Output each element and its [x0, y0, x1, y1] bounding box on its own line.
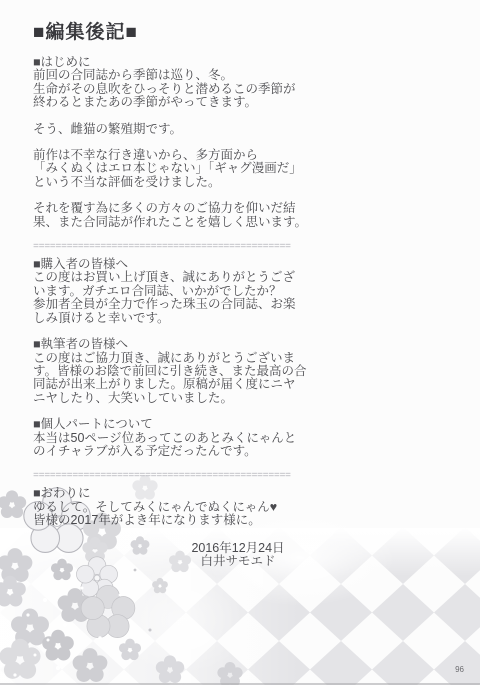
- section-heading: ■執筆者の皆様へ: [33, 338, 343, 351]
- text-line: 参加者全員が全力で作った珠玉の合同誌、お楽: [33, 298, 343, 311]
- paragraph: 前作は不幸な行き違いから、多方面から 「みくぬくはエロ本じゃない」「ギャグ漫画だ…: [33, 149, 343, 189]
- text-line: 果、また合同誌が作れたことを嬉しく思います。: [33, 216, 343, 229]
- section-writers: ■執筆者の皆様へ この度はご協力頂き、誠にありがとうございま す。皆様のお陰で前…: [33, 338, 343, 405]
- page-number: 96: [455, 666, 464, 674]
- section-hajimeni: ■はじめに 前回の合同誌から季節は巡り、冬。 生命がその息吹をひっそりと潜めるこ…: [33, 56, 343, 110]
- text-line: ニヤしたり、大笑いしていました。: [33, 392, 343, 405]
- signature-date: 2016年12月24日: [158, 542, 318, 555]
- text-line: この度はお買い上げ頂き、誠にありがとうござ: [33, 271, 343, 284]
- text-line: しみ頂けると幸いです。: [33, 312, 343, 325]
- afterword-page: ■編集後記■ ■はじめに 前回の合同誌から季節は巡り、冬。 生命がその息吹をひっ…: [33, 22, 343, 568]
- text-line: 前回の合同誌から季節は巡り、冬。: [33, 69, 343, 82]
- section-heading: ■個人パートについて: [33, 418, 343, 431]
- text-line: という不当な評価を受けました。: [33, 176, 343, 189]
- text-line: この度はご協力頂き、誠にありがとうございま: [33, 352, 343, 365]
- divider: ========================================…: [33, 242, 293, 254]
- signature-block: 2016年12月24日 白井サモエド: [158, 542, 318, 569]
- page-title: ■編集後記■: [33, 22, 343, 44]
- text-line: 「みくぬくはエロ本じゃない」「ギャグ漫画だ」: [33, 162, 343, 175]
- section-heading: ■おわりに: [33, 487, 343, 500]
- paragraph: それを覆す為に多くの方々のご協力を仰いだ結 果、また合同誌が作れたことを嬉しく思…: [33, 202, 343, 229]
- text-line: のイチャラブが入る予定だったんです。: [33, 445, 343, 458]
- text-line: それを覆す為に多くの方々のご協力を仰いだ結: [33, 202, 343, 215]
- text-line: 同誌が出来上がりました。原稿が届く度にニヤ: [33, 378, 343, 391]
- signature-author: 白井サモエド: [158, 555, 318, 568]
- section-owarini: ■おわりに ゆるして。そしてみくにゃんでぬくにゃん♥ 皆様の2017年がよき年に…: [33, 487, 343, 527]
- text-line: 終わるとまたあの季節がやってきます。: [33, 96, 343, 109]
- text-line: そう、雌猫の繁殖期です。: [33, 123, 343, 136]
- text-line: 皆様の2017年がよき年になります様に。: [33, 514, 343, 527]
- paragraph: そう、雌猫の繁殖期です。: [33, 123, 343, 136]
- text-line: 本当は50ページ位あってこのあとみくにゃんと: [33, 432, 343, 445]
- section-buyers: ■購入者の皆様へ この度はお買い上げ頂き、誠にありがとうござ います。ガチエロ合…: [33, 258, 343, 325]
- section-personal: ■個人パートについて 本当は50ページ位あってこのあとみくにゃんと のイチャラブ…: [33, 418, 343, 458]
- divider: ========================================…: [33, 471, 293, 483]
